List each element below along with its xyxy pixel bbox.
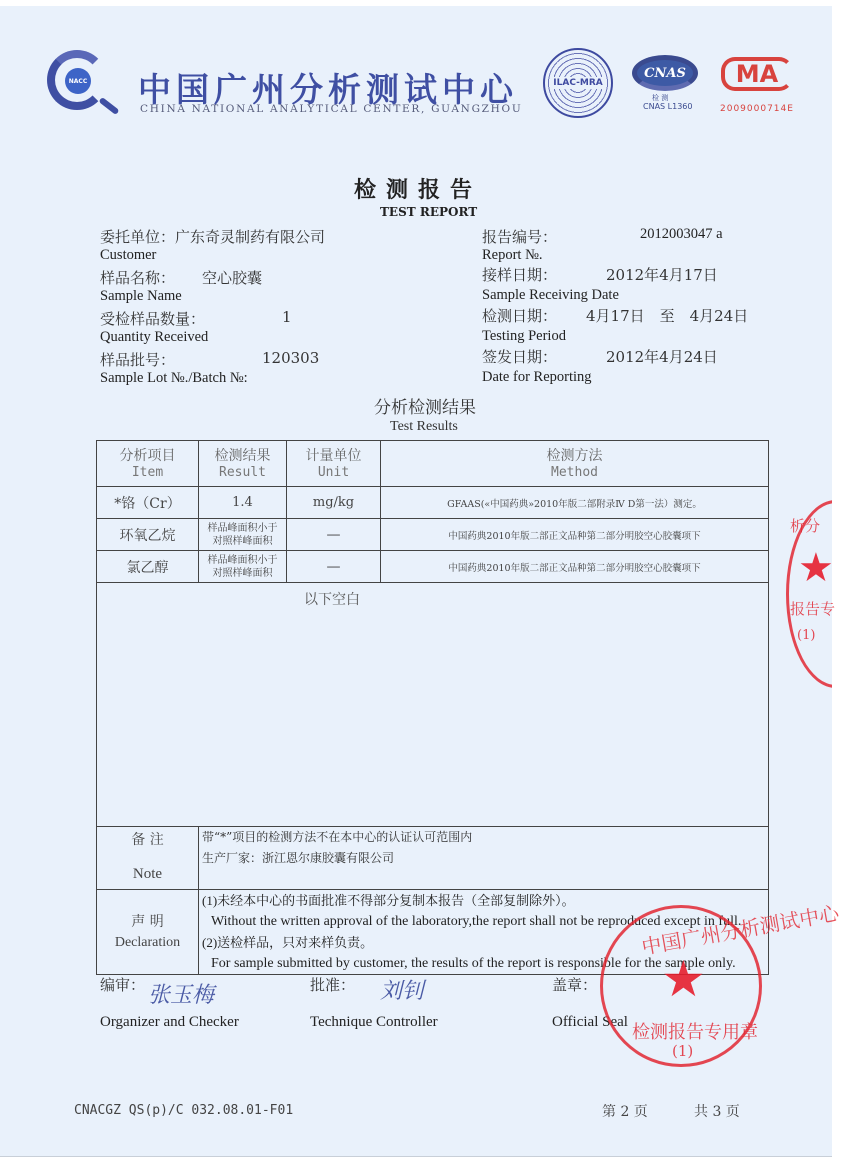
cnas-number: CNAS L1360 <box>643 102 692 111</box>
seal-number: (1) <box>672 1042 693 1060</box>
sample-name-label-en: Sample Name <box>100 288 182 305</box>
table-row: *铬（Cr） 1.4 mg/kg GFAAS(«中国药典»2010年版二部附录Ⅳ… <box>97 487 769 519</box>
note-label: 备 注 Note <box>97 827 199 890</box>
nacc-logo-badge: NACC <box>65 68 91 94</box>
cell-method: 中国药典2010年版二部正文品种第二部分明胶空心胶囊项下 <box>381 551 769 583</box>
blank-area: 以下空白 <box>97 583 769 827</box>
header-result: 检测结果Result <box>199 441 287 487</box>
cell-item: 氯乙醇 <box>97 551 199 583</box>
cell-item: 环氧乙烷 <box>97 519 199 551</box>
side-seal-star-icon: ★ <box>798 545 834 591</box>
declaration-label: 声 明 Declaration <box>97 890 199 975</box>
sample-name-value: 空心胶囊 <box>202 267 262 288</box>
results-table: 分析项目Item 检测结果Result 计量单位Unit 检测方法Method … <box>96 440 769 975</box>
ilac-mra-logo-icon: ILAC-MRA <box>543 48 613 118</box>
report-no-value: 2012003047 a <box>640 226 723 243</box>
controller-signature: 刘钊 <box>380 974 424 1005</box>
receiving-date-label: 接样日期： <box>482 264 557 285</box>
page-number: 第 2 页 <box>602 1101 648 1121</box>
note-line-1: 带“*”项目的检测方法不在本中心的认证认可范围内 <box>202 827 768 848</box>
batch-value: 120303 <box>262 349 319 367</box>
table-row: 环氧乙烷 样品峰面积小于对照样峰面积 — 中国药典2010年版二部正文品种第二部… <box>97 519 769 551</box>
header-method: 检测方法Method <box>381 441 769 487</box>
cell-item: *铬（Cr） <box>97 487 199 519</box>
cell-result: 1.4 <box>199 487 287 519</box>
batch-label: 样品批号： <box>100 349 175 370</box>
side-seal-number: (1) <box>797 628 815 643</box>
sample-name-label: 样品名称： <box>100 267 175 288</box>
report-no-label: 报告编号： <box>482 226 557 247</box>
testing-period-label: 检测日期： <box>482 305 557 326</box>
cell-unit: — <box>287 519 381 551</box>
blank-row: 以下空白 <box>97 583 769 827</box>
cell-method: GFAAS(«中国药典»2010年版二部附录Ⅳ D第一法）测定。 <box>381 487 769 519</box>
report-date-label-en: Date for Reporting <box>482 369 592 386</box>
cma-logo-icon: MA <box>721 57 793 91</box>
header-item: 分析项目Item <box>97 441 199 487</box>
ilac-mra-label: ILAC-MRA <box>551 77 604 89</box>
results-title-cn: 分析检测结果 <box>374 393 476 418</box>
quantity-label: 受检样品数量： <box>100 308 205 329</box>
customer-value: 广东奇灵制药有限公司 <box>175 228 325 246</box>
organizer-label: 编审： <box>100 974 145 995</box>
side-seal-arc-text: 析分 <box>790 515 820 536</box>
cma-number: 2009000714E <box>720 104 794 114</box>
testing-period-value: 4月17日 至 4月24日 <box>586 305 748 326</box>
customer-label: 委托单位：广东奇灵制药有限公司 <box>100 226 325 247</box>
note-line-2: 生产厂家：浙江恩尔康胶囊有限公司 <box>202 848 768 869</box>
table-row: 氯乙醇 样品峰面积小于对照样峰面积 — 中国药典2010年版二部正文品种第二部分… <box>97 551 769 583</box>
organizer-signature: 张玉梅 <box>148 978 214 1009</box>
quantity-label-en: Quantity Received <box>100 329 208 346</box>
table-header-row: 分析项目Item 检测结果Result 计量单位Unit 检测方法Method <box>97 441 769 487</box>
cell-unit: — <box>287 551 381 583</box>
results-title-en: Test Results <box>390 419 458 435</box>
blank-note: 以下空白 <box>304 589 360 609</box>
report-title-cn: 检测报告 <box>354 173 482 204</box>
cnas-logo-icon: CNAS <box>632 55 698 91</box>
receiving-date-label-en: Sample Receiving Date <box>482 287 619 304</box>
note-content: 带“*”项目的检测方法不在本中心的认证认可范围内 生产厂家：浙江恩尔康胶囊有限公… <box>199 827 769 890</box>
batch-label-en: Sample Lot №./Batch №: <box>100 370 248 387</box>
note-row: 备 注 Note 带“*”项目的检测方法不在本中心的认证认可范围内 生产厂家：浙… <box>97 827 769 890</box>
seal-label: 盖章： <box>552 974 597 995</box>
report-date-label: 签发日期： <box>482 346 557 367</box>
cell-unit: mg/kg <box>287 487 381 519</box>
organizer-label-en: Organizer and Checker <box>100 1014 239 1031</box>
report-date-value: 2012年4月24日 <box>606 346 718 367</box>
center-name-en: CHINA NATIONAL ANALYTICAL CENTER, GUANGZ… <box>140 103 522 115</box>
side-seal-text: 报告专 <box>790 598 835 619</box>
controller-label-en: Technique Controller <box>310 1014 438 1031</box>
report-title-en: TEST REPORT <box>380 205 477 219</box>
page-total: 共 3 页 <box>694 1101 740 1121</box>
cell-result: 样品峰面积小于对照样峰面积 <box>199 551 287 583</box>
cell-method: 中国药典2010年版二部正文品种第二部分明胶空心胶囊项下 <box>381 519 769 551</box>
quantity-value: 1 <box>282 308 292 326</box>
form-code: CNACGZ QS(p)/C 032.08.01-F01 <box>74 1103 293 1118</box>
seal-center-text: 检测报告专用章 <box>632 1018 758 1044</box>
controller-label: 批准： <box>310 974 355 995</box>
header-unit: 计量单位Unit <box>287 441 381 487</box>
testing-period-label-en: Testing Period <box>482 328 566 345</box>
cell-result: 样品峰面积小于对照样峰面积 <box>199 519 287 551</box>
seal-star-icon: ★ <box>661 950 706 1008</box>
report-no-label-en: Report №. <box>482 247 543 264</box>
customer-label-en: Customer <box>100 247 156 264</box>
receiving-date-value: 2012年4月17日 <box>606 264 718 285</box>
